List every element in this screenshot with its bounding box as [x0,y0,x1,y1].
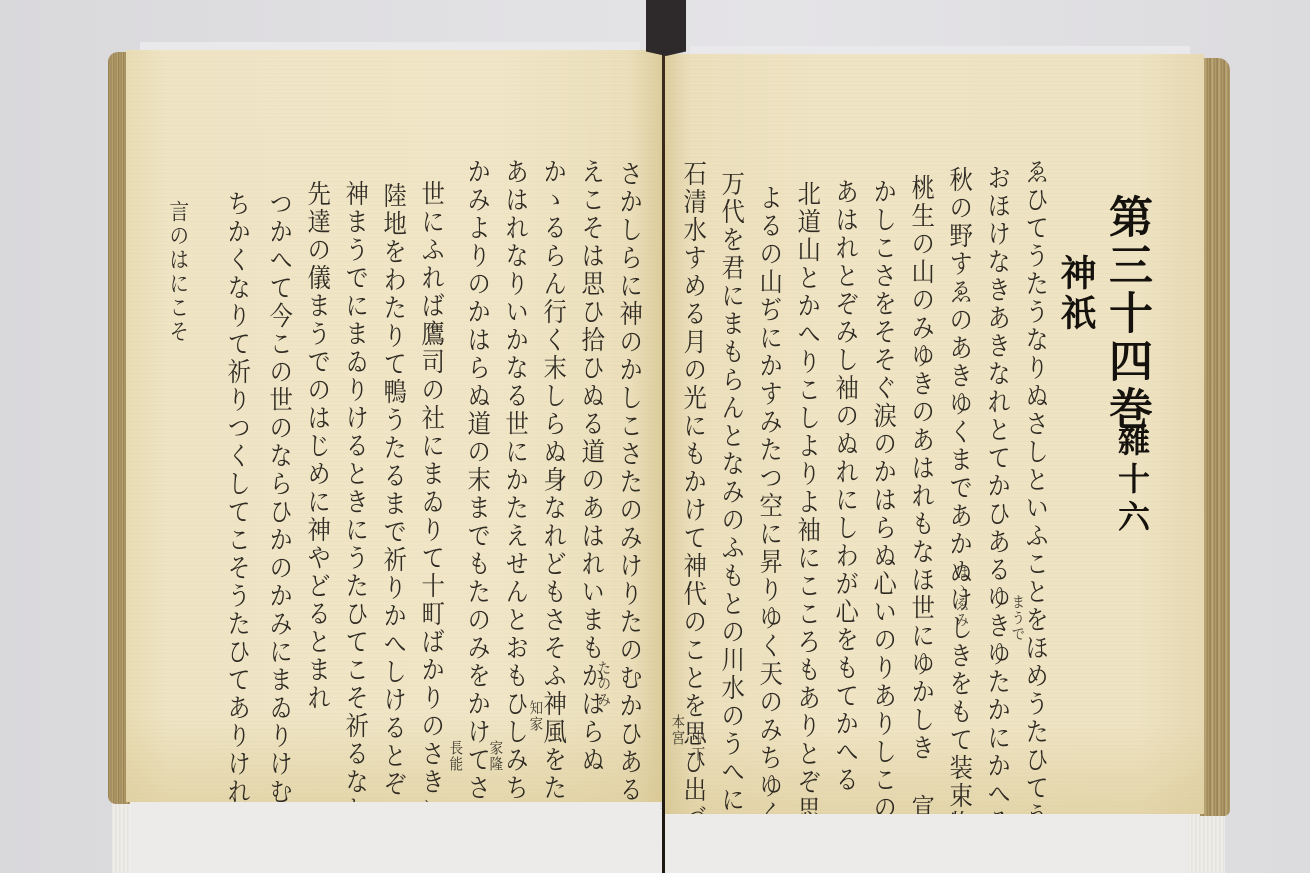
margin-annotation: 本宮 [671,714,685,746]
margin-annotation: 長能 [449,740,463,772]
paper-stack-bottom-left [112,800,660,873]
text-column: えこそは思ひ拾ひぬる道のあはれいまもかはらぬ 知家 [579,158,602,678]
text-column: 言のはにこそ [167,200,187,450]
book-page-left: さかしらに神のかしこさたのみけりたのむかひあるよにもあるかな 祝部 えこそは思ひ… [126,50,662,802]
text-column: 万代を君にまもらんとなみのふもとの川水のうへにかへらん 行能 [719,170,742,810]
bookmark-ribbon [646,0,686,56]
text-column: おほけなきあきなれとてかひあるゆきゆたかにかへるといふ御禮 [985,164,1008,754]
text-column: つかへて今この世のならひかのかみにまゐりけむ [267,190,290,750]
margin-annotation: まうで [1011,594,1025,642]
book-page-right: 第三十四巻 雜十六 神祇 ゑひてうたうなりぬさしといふことをほめうたひてうたふな… [664,54,1204,814]
text-column: 秋の野すゑのあきゆくまであかぬけしきをもて装束物がたり [947,166,970,766]
margin-annotation: ほゝゑみ [955,564,969,628]
page-edge-stack-right [1200,58,1230,816]
text-column: 北道山とかへりこしよりよ袖にこころもありとぞ思ふ 同 [795,180,818,800]
margin-annotation: 中下 [691,730,705,762]
text-column: かゝるらん行く末しらぬ身なれどもさそふ神風をたのむなりけり 家隆 [541,158,564,718]
text-column: かしこさをそそぐ涙のかはらぬ心いのりありしこのゆかしさ 佐秋 [871,178,894,798]
text-column: 陸地をわたりて鴨うたるまで祈りかへしけるとぞ [381,182,404,742]
margin-annotation: 家隆 [489,740,503,772]
text-column: あはれとぞみし袖のぬれにしわが心をもてかへる 西行 [833,178,856,778]
text-column: ちかくなりて祈りつくしてこそうたひてありけれ [225,190,248,730]
text-column: 先達の儀まうでのはじめに神やどるとまれ [305,180,328,750]
volume-title: 第三十四巻 [1104,194,1148,434]
text-column: かみよりのかはらぬ道の末までもたのみをかけてさかゆくらん 長能 [465,158,488,788]
text-column: よるの山ぢにかすみたつ空に昇りゆく天のみちゆく 行意 [757,184,780,814]
text-column: あはれなりいかなる世にかたえせんとおもひしみちのちぎり 家長 [503,158,526,748]
margin-annotation: たのみ [597,660,611,708]
text-column: 神まうでにまゐりけるときにうたひてこそ祈るなれ [343,180,366,780]
section-title: 雜十六 [1116,424,1148,538]
book-spine-gutter [662,52,665,873]
margin-annotation: 知家 [529,700,543,732]
text-column: 世にふれば鷹司の社にまゐりて十町ばかりのさきに今は [419,180,442,770]
paper-stack-edge-left [112,800,130,873]
text-column: さかしらに神のかしこさたのみけりたのむかひあるよにもあるかな 祝部 [617,160,640,790]
category-heading: 神祇 [1058,254,1094,334]
paper-stack-edge-right [1188,812,1224,873]
text-column: ゑひてうたうなりぬさしといふことをほめうたひてうたふなうきそ取袖 [1023,158,1046,738]
text-column: 石清水すめる月の光にもかけて神代のことを思ひ出づ 慈鎮 [681,160,704,790]
text-column: 桃生の山のみゆきのあはれもなほ世にゆかしき 宣尼 [909,174,932,784]
paper-stack-bottom-right [660,808,1225,873]
